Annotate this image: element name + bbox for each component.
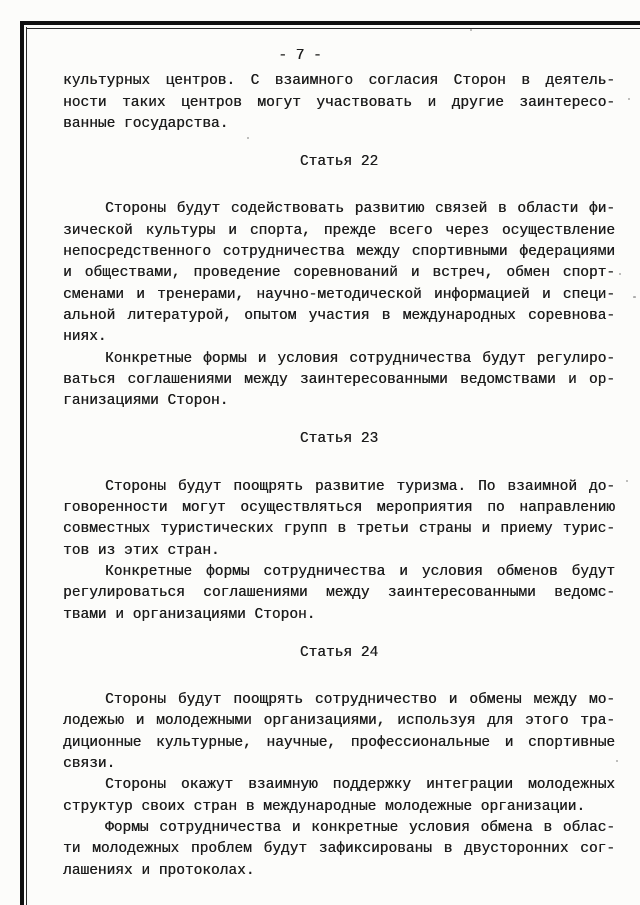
paragraph-line: зической культуры и спорта, прежде всего… xyxy=(63,221,615,242)
paragraph: Стороны будут поощрять развитие туризма.… xyxy=(63,477,615,562)
paragraph-line: Стороны будут поощрять развитие туризма.… xyxy=(63,477,615,498)
paragraph: Конкретные формы и условия сотрудничеств… xyxy=(63,349,615,413)
page-number: - 7 - xyxy=(63,46,537,67)
paragraph-line: говоренности могут осуществляться меропр… xyxy=(63,498,615,519)
article-heading: Статья 24 xyxy=(63,643,615,664)
paragraph-line: ваться соглашениями между заинтересованн… xyxy=(63,370,615,391)
paragraph: Стороны окажут взаимную поддержку интегр… xyxy=(63,775,615,818)
scan-speck xyxy=(619,273,621,275)
page-border-top-outer xyxy=(20,21,640,25)
paragraph-line: ти молодежных проблем будут зафиксирован… xyxy=(63,839,615,860)
paragraph: Формы сотрудничества и конкретные услови… xyxy=(63,818,615,882)
document-content: - 7 - культурных центров. С взаимного со… xyxy=(63,46,615,882)
paragraph-line: твами и организациями Сторон. xyxy=(63,605,615,626)
paragraph-line: связи. xyxy=(63,754,615,775)
page-border-left-inner xyxy=(26,27,27,905)
paragraph-line: ганизациями Сторон. xyxy=(63,391,615,412)
paragraph-line: Конкретные формы сотрудничества и услови… xyxy=(63,562,615,583)
paragraph-line: культурных центров. С взаимного согласия… xyxy=(63,71,615,92)
scan-speck xyxy=(616,760,618,762)
paragraph-line: структур своих стран в международные мол… xyxy=(63,797,615,818)
paragraph: культурных центров. С взаимного согласия… xyxy=(63,71,615,135)
paragraph-line: регулироваться соглашениями между заинте… xyxy=(63,583,615,604)
scan-speck xyxy=(633,296,636,298)
paragraph-line: лашениях и протоколах. xyxy=(63,861,615,882)
article-heading: Статья 22 xyxy=(63,152,615,173)
scan-speck xyxy=(470,29,472,31)
paragraph-line: Формы сотрудничества и конкретные услови… xyxy=(63,818,615,839)
paragraph-line: ниях. xyxy=(63,327,615,348)
paragraph-line: Стороны окажут взаимную поддержку интегр… xyxy=(63,775,615,796)
page-border-left-outer xyxy=(20,21,24,905)
paragraph-line: ности таких центров могут участвовать и … xyxy=(63,93,615,114)
paragraph-line: Стороны будут содействовать развитию свя… xyxy=(63,199,615,220)
paragraph: Стороны будут поощрять сотрудничество и … xyxy=(63,690,615,775)
scanned-document-page: - 7 - культурных центров. С взаимного со… xyxy=(0,0,640,905)
paragraph: Конкретные формы сотрудничества и услови… xyxy=(63,562,615,626)
paragraph-line: и обществами, проведение соревнований и … xyxy=(63,263,615,284)
paragraph-line: сменами и тренерами, научно-методической… xyxy=(63,285,615,306)
paragraph-line: тов из этих стран. xyxy=(63,541,615,562)
paragraph-line: лодежью и молодежными организациями, исп… xyxy=(63,711,615,732)
scan-speck xyxy=(626,480,628,482)
document-body: культурных центров. С взаимного согласия… xyxy=(63,71,615,882)
paragraph-line: диционные культурные, научные, профессио… xyxy=(63,733,615,754)
paragraph-line: Конкретные формы и условия сотрудничеств… xyxy=(63,349,615,370)
paragraph-line: Стороны будут поощрять сотрудничество и … xyxy=(63,690,615,711)
article-heading: Статья 23 xyxy=(63,429,615,450)
scan-speck xyxy=(628,98,630,100)
paragraph-line: непосредственного сотрудничества между с… xyxy=(63,242,615,263)
page-border-top-inner xyxy=(26,28,640,29)
paragraph-line: альной литературой, опытом участия в меж… xyxy=(63,306,615,327)
paragraph-line: ванные государства. xyxy=(63,114,615,135)
paragraph-line: совместных туристических групп в третьи … xyxy=(63,519,615,540)
paragraph: Стороны будут содействовать развитию свя… xyxy=(63,199,615,348)
scan-speck xyxy=(247,137,249,139)
